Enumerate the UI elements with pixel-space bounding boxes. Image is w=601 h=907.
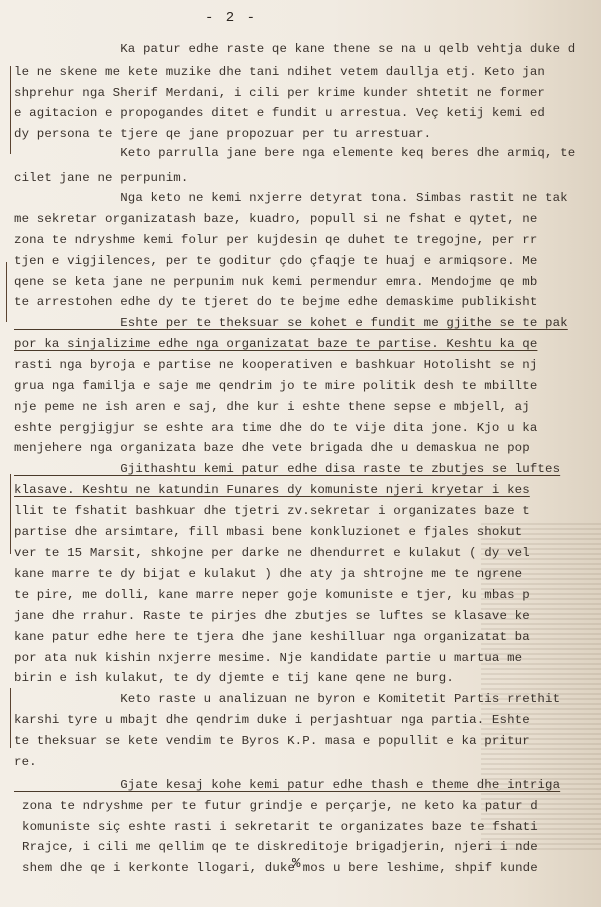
text-line: Keto parrulla jane bere nga elemente keq… xyxy=(14,146,575,160)
document-page: - 2 - Ka patur edhe raste qe kane thene … xyxy=(0,0,601,907)
text-line: Rrajce, i cili me qellim qe te diskredit… xyxy=(22,840,538,854)
text-line: te arrestohen edhe dy te tjeret do te be… xyxy=(14,295,537,309)
text-line: por ata nuk kishin nxjerre mesime. Nje k… xyxy=(14,651,530,665)
text-line: karshi tyre u mbajt dhe qendrim duke i p… xyxy=(14,713,530,727)
text-line: zona te ndryshme kemi folur per kujdesin… xyxy=(14,233,537,247)
text-line: ver te 15 Marsit, shkojne per darke ne d… xyxy=(14,546,530,560)
text-line: cilet jane ne perpunim. xyxy=(14,171,188,185)
text-line: qene se keta jane ne perpunim nuk kemi p… xyxy=(14,275,537,289)
text-line: kane marre te dy bijat e kulakut ) dhe a… xyxy=(14,567,530,581)
text-line: llit te fshatit bashkuar dhe tjetri zv.s… xyxy=(14,504,530,518)
text-line: me sekretar organizatash baze, kuadro, p… xyxy=(14,212,537,226)
text-line: Nga keto ne kemi nxjerre detyrat tona. S… xyxy=(14,191,568,205)
text-line: klasave. Keshtu ne katundin Funares dy k… xyxy=(14,483,530,497)
text-line: komuniste siç eshte rasti i sekretarit t… xyxy=(22,820,538,834)
text-line: partise dhe arsimtare, fill mbasi bene k… xyxy=(14,525,530,539)
margin-bracket-mark xyxy=(6,262,11,322)
text-line: shprehur nga Sherif Merdani, i cili per … xyxy=(14,86,545,100)
text-line: rasti nga byroja e partise ne kooperativ… xyxy=(14,358,537,372)
text-line: Gjate kesaj kohe kemi patur edhe thash e… xyxy=(14,778,560,792)
text-line: dy persona te tjere qe jane propozuar pe… xyxy=(14,127,431,141)
text-line: menjehere nga organizata baze dhe vete b… xyxy=(14,441,530,455)
text-line: Ka patur edhe raste qe kane thene se na … xyxy=(14,42,575,56)
text-line: zona te ndryshme per te futur grindje e … xyxy=(22,799,538,813)
text-line: te theksuar se kete vendim te Byros K.P.… xyxy=(14,734,530,748)
footer-mark: % xyxy=(292,856,300,872)
text-line: tjen e vigjilences, per te goditur çdo ç… xyxy=(14,254,537,268)
text-line: birin e ish kulakut, te dy djemte e tij … xyxy=(14,671,454,685)
text-line: por ka sinjalizime edhe nga organizatat … xyxy=(14,337,537,351)
text-line: le ne skene me kete muzike dhe tani ndih… xyxy=(14,65,545,79)
margin-bracket-mark xyxy=(10,474,15,554)
text-line: kane patur edhe here te tjera dhe jane k… xyxy=(14,630,530,644)
text-line: Eshte per te theksuar se kohet e fundit … xyxy=(14,316,568,330)
text-line: Gjithashtu kemi patur edhe disa raste te… xyxy=(14,462,560,476)
text-line: Keto raste u analizuan ne byron e Komite… xyxy=(14,692,560,706)
text-line: shem dhe qe i kerkonte llogari, duke mos… xyxy=(22,861,538,875)
margin-bracket-mark xyxy=(10,688,15,748)
margin-bracket-mark xyxy=(10,66,15,154)
page-number: - 2 - xyxy=(205,10,257,26)
text-line: te pire, me dolli, kane marre neper goje… xyxy=(14,588,530,602)
text-line: e agitacion e propogandes ditet e fundit… xyxy=(14,106,545,120)
text-line: eshte pergjigjur se eshte ara time dhe d… xyxy=(14,421,537,435)
text-line: grua nga familja e saje me qendrim jo te… xyxy=(14,379,537,393)
text-line: re. xyxy=(14,755,37,769)
text-line: jane dhe rrahur. Raste te pirjes dhe zbu… xyxy=(14,609,530,623)
text-line: nje peme ne ish aren e saj, dhe kur i es… xyxy=(14,400,530,414)
